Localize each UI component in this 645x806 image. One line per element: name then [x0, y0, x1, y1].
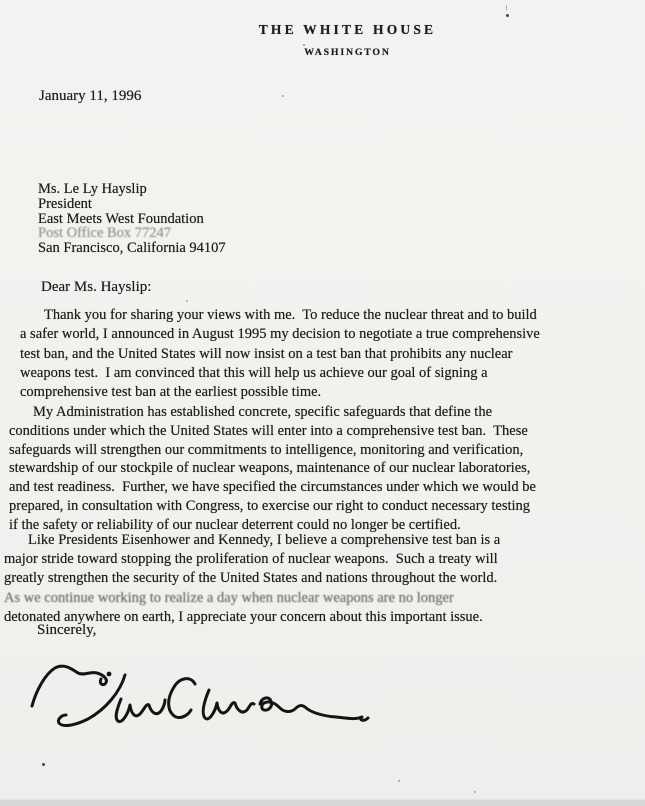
letterhead-city: WASHINGTON	[50, 47, 645, 58]
recipient-title: President	[38, 197, 226, 212]
letter-line: a safer world, I announced in August 199…	[20, 325, 540, 344]
recipient-city: San Francisco, California 94107	[38, 241, 226, 256]
letter-line: As we continue working to realize a day …	[4, 589, 500, 608]
date-line: January 11, 1996	[39, 88, 141, 105]
body-paragraph-2: My Administration has established concre…	[9, 403, 536, 535]
recipient-org: East Meets West Foundation	[38, 212, 226, 227]
closing: Sincerely,	[37, 622, 96, 639]
recipient-name: Ms. Le Ly Hayslip	[38, 182, 226, 197]
letter-line: comprehensive test ban at the earliest p…	[20, 383, 540, 402]
letter-line: Thank you for sharing your views with me…	[20, 306, 540, 325]
scan-speck	[506, 5, 507, 10]
signature-bill-clinton: Bill Clinton	[28, 660, 373, 740]
recipient-pobox: Post Office Box 77247	[38, 226, 226, 241]
scan-speck	[398, 780, 400, 782]
letter-line: major stride toward stopping the prolife…	[4, 550, 500, 569]
letterhead-org: THE WHITE HOUSE	[50, 22, 645, 38]
letter-line: safeguards will strengthen our commitmen…	[9, 441, 536, 460]
letterhead: THE WHITE HOUSE WASHINGTON	[50, 22, 645, 58]
scan-speck	[42, 763, 45, 766]
letter-line: test ban, and the United States will now…	[20, 345, 540, 364]
scan-speck	[303, 44, 305, 46]
scan-speck	[282, 95, 284, 97]
letter-line: weapons test. I am convinced that this w…	[20, 364, 540, 383]
scan-speck	[474, 791, 476, 793]
scan-speck	[186, 300, 188, 302]
scan-speck	[506, 14, 509, 17]
recipient-address: Ms. Le Ly Hayslip President East Meets W…	[38, 182, 226, 256]
letter-line: Like Presidents Eisenhower and Kennedy, …	[4, 531, 500, 550]
body-paragraph-3: Like Presidents Eisenhower and Kennedy, …	[4, 531, 500, 627]
letter-line: and test readiness. Further, we have spe…	[9, 478, 536, 497]
salutation: Dear Ms. Hayslip:	[41, 279, 151, 296]
letter-line: conditions under which the United States…	[9, 422, 536, 441]
body-paragraph-1: Thank you for sharing your views with me…	[20, 306, 540, 402]
letter-line: greatly strengthen the security of the U…	[4, 569, 500, 588]
handwritten-signature-icon	[28, 660, 373, 740]
scanned-letter-page: THE WHITE HOUSE WASHINGTON January 11, 1…	[0, 0, 645, 806]
scan-edge-shadow	[0, 800, 645, 806]
letter-line: prepared, in consultation with Congress,…	[9, 497, 536, 516]
letter-line: My Administration has established concre…	[9, 403, 536, 422]
letter-line: stewardship of our stockpile of nuclear …	[9, 459, 536, 478]
